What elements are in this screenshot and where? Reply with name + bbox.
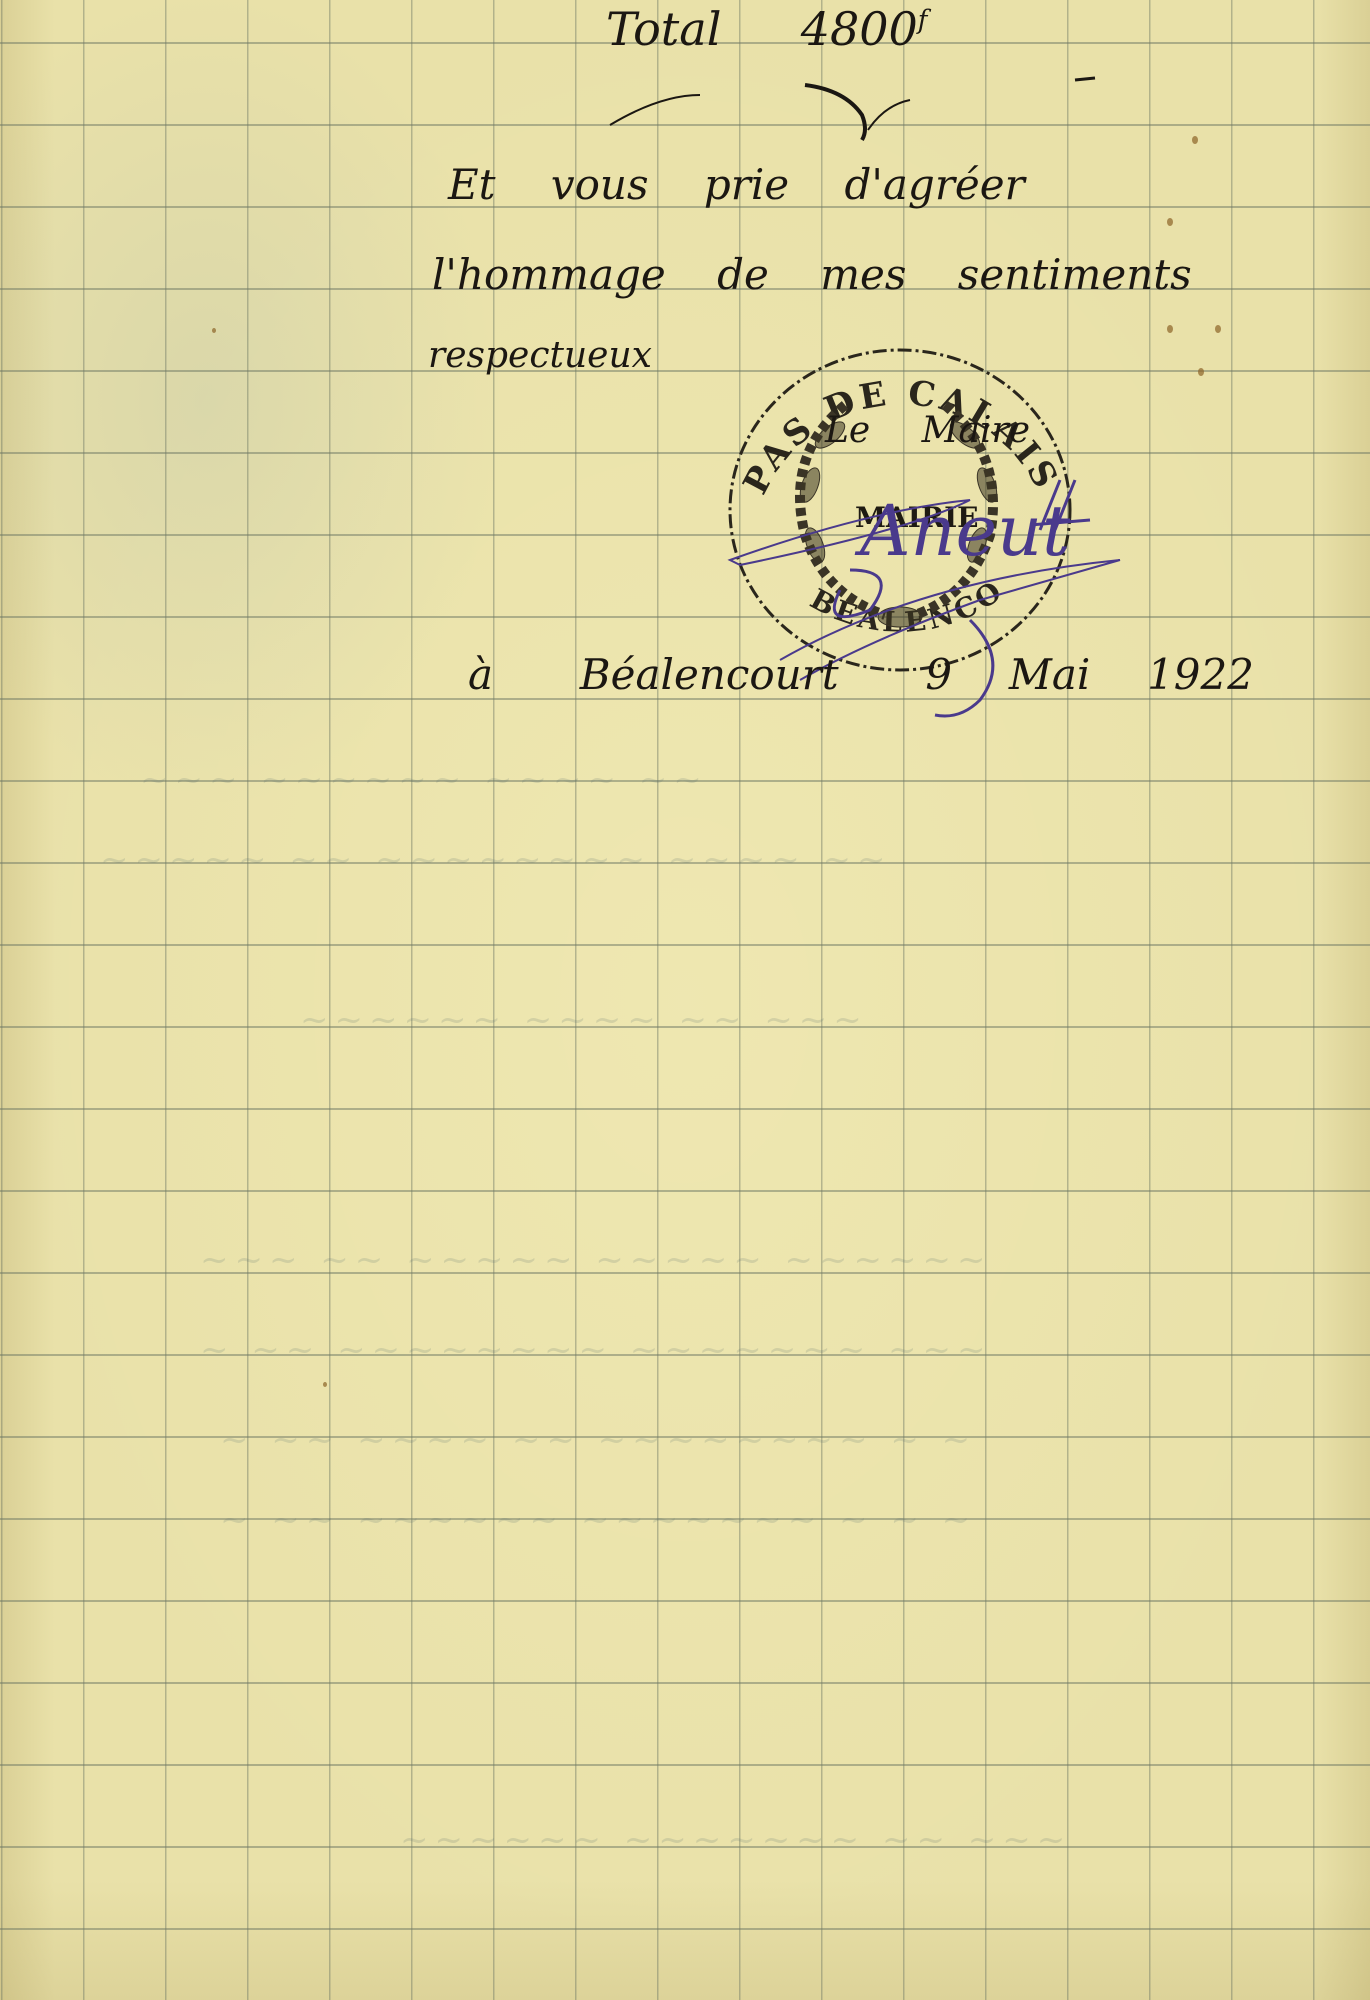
place-prefix: à: [468, 650, 493, 699]
bleed-through: ~~~~~ ~~ ~~~~~~~~ ~~~~ ~~: [100, 840, 891, 880]
place-date-line: à Béalencourt 9 Mai 1922: [468, 650, 1254, 699]
closing-line-2: l'hommage de mes sentiments: [432, 250, 1192, 299]
flourish-icon: [600, 70, 1120, 150]
bleed-through: ~ ~~ ~~~~~~ ~~~~~~~ ~ ~ ~: [220, 1500, 976, 1540]
bleed-through: ~~~ ~~ ~~~~~ ~~~~~ ~~~~~~: [200, 1240, 991, 1280]
foxing-spot: [1198, 368, 1204, 376]
bleed-through: ~ ~~ ~~~~ ~~ ~~~~~~~~ ~ ~: [220, 1420, 976, 1460]
total-unit: f: [918, 6, 928, 36]
closing-line-1: Et vous prie d'agréer: [448, 160, 1025, 209]
total-label: Total: [606, 2, 721, 56]
foxing-spot: [212, 328, 216, 333]
foxing-spot: [1167, 325, 1173, 333]
foxing-spot: [1167, 218, 1173, 226]
total-amount: 4800: [801, 2, 918, 56]
bleed-through: ~~~~~~ ~~~~ ~~ ~~~: [300, 1000, 868, 1040]
bleed-through: ~~~ ~~~~~~ ~~~~ ~~: [140, 760, 708, 800]
foxing-spot: [323, 1382, 327, 1387]
foxing-spot: [1192, 136, 1198, 144]
date-year: 1922: [1147, 650, 1254, 699]
date-month: Mai: [1009, 650, 1090, 699]
foxing-spot: [1215, 325, 1221, 333]
bleed-through: ~~~~~~ ~~~~~~~ ~~ ~~~: [400, 1820, 1071, 1860]
place-name: Béalencourt: [580, 650, 839, 699]
date-day: 9: [925, 650, 952, 699]
closing-line-3: respectueux: [428, 335, 652, 376]
total-line: Total 4800f: [606, 2, 927, 56]
signatory-title: Le Maire: [825, 410, 1030, 451]
bleed-through: ~ ~~ ~~~~~~~~ ~~~~~~~ ~~~: [200, 1330, 991, 1370]
